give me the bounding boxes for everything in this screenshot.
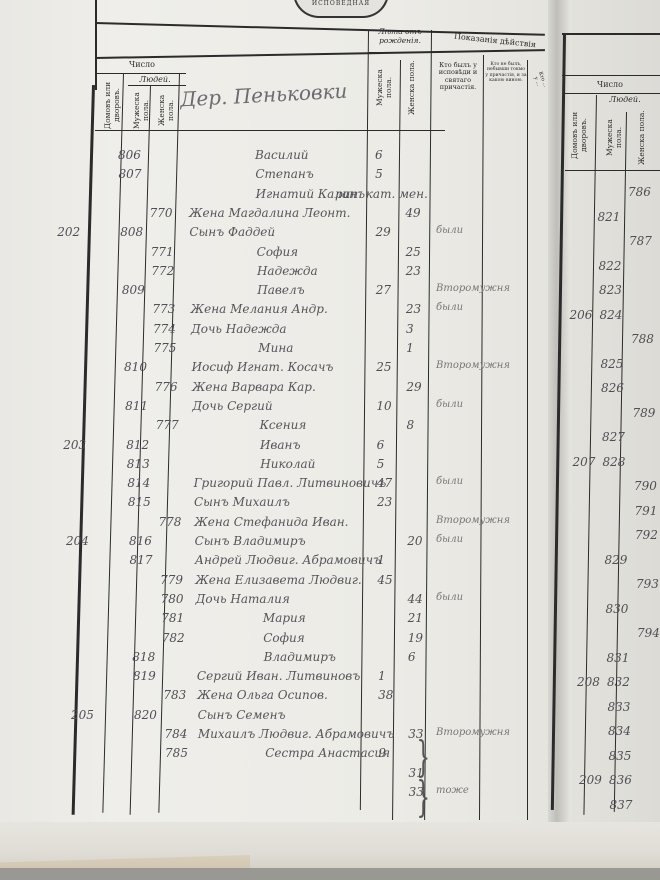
right-cell-m-no: 830 [606,602,629,616]
right-cell-dvor: 209 [579,773,602,787]
cell-name: Сынъ Семенъ [198,708,286,722]
cell-f-no: 772 [151,264,174,278]
cell-name: Сергий Иван. Литвиновъ [197,669,360,683]
right-cell-m-no: 828 [603,455,626,469]
right-header-zhen: Женска пола. [637,110,646,165]
right-cell-f-no: 788 [631,332,654,346]
cell-confession: Второмужня [436,360,510,371]
right-cell-m-no: 836 [609,773,632,787]
cell-name: Иосиф Игнат. Косачъ [192,360,334,374]
right-cell-f-no: 786 [628,185,651,199]
cell-f-no: 783 [163,688,186,702]
cell-f-no: 780 [161,592,184,606]
cell-age-m: 6 [375,148,383,162]
cell-dvor: 203 [63,438,86,452]
cell-m-no: 818 [132,650,155,664]
right-header-chislo: Число [585,80,635,89]
col-divider-confession [424,30,432,820]
cell-m-no: 816 [129,534,152,548]
right-top-rule [562,33,660,35]
right-cell-f-no: 787 [629,234,652,248]
cell-age-f: 8 [407,418,415,432]
right-cell-m-no: 826 [601,381,624,395]
cell-name: Сынъ Михаилъ [194,495,290,509]
cell-name: Степанъ [255,167,313,181]
cell-name: Николай [260,457,315,471]
cell-age-m: 47 [377,476,392,490]
right-cell-f-no: 791 [635,504,658,518]
cell-confession: были [436,476,463,487]
cell-f-no: 775 [154,341,177,355]
cell-name: Павелъ [257,283,304,297]
cell-f-no: 777 [156,418,179,432]
right-cell-m-no: 824 [600,308,623,322]
cell-dvor: 202 [57,225,80,239]
cell-age-m: 23 [377,495,392,509]
cell-name: Сынъ Владимиръ [195,534,306,548]
cell-age-f: 3 [406,322,414,336]
cell-age-f: 23 [406,302,421,316]
cell-name: Иванъ [260,438,301,452]
right-header-dvorov: Домовъ или дворовъ. [570,105,588,165]
header-leta-zhen: Женска пола. [407,60,416,115]
cell-dvor: 205 [71,708,94,722]
cell-age-f: 29 [406,380,421,394]
right-cell-m-no: 827 [602,430,625,444]
cell-name: Жена Магдалина Леонт. [189,206,350,220]
cell-name: Сестра Анастасия [265,746,390,760]
cell-f-no: 774 [153,322,176,336]
right-cell-m-no: 832 [607,675,630,689]
cell-f-no: 771 [151,245,174,259]
cell-age-m: 29 [375,225,390,239]
cell-name: Жена Мелания Андр. [191,302,328,316]
right-cell-m-no: 831 [607,651,630,665]
right-cell-f-no: 789 [633,406,656,420]
cell-f-no: 773 [152,302,175,316]
cell-age-m: 5 [375,167,383,181]
right-cell-dvor: 207 [573,455,596,469]
cell-confession: тоже [436,785,469,796]
col-divider-last [527,60,528,820]
cell-m-no: 812 [126,438,149,452]
cell-name: Андрей Людвиг. Абрамовичъ [195,553,381,567]
cell-name: Дочь Наталия [196,592,290,606]
right-cell-m-no: 823 [599,283,622,297]
cell-dvor: 204 [66,534,89,548]
cell-confession: Второмужня [436,727,510,738]
header-kto-ne-byl: Кто не былъ, небывши токмо у причастія, … [485,62,527,83]
cell-confession: были [436,534,463,545]
cell-name: Жена Елизавета Людвиг. [195,573,362,587]
cell-age-m: 25 [376,360,391,374]
cell-age-f: 21 [408,611,423,625]
cell-m-no: 808 [120,225,143,239]
cell-age-f: 1 [406,341,414,355]
cell-name: Ксения [260,418,307,432]
right-cell-dvor: 206 [570,308,593,322]
cell-name: Григорий Павл. Литвиновичъ [194,476,387,490]
header-rule [95,49,545,59]
cell-f-no: 776 [155,380,178,394]
cell-name: Жена Варвара Кар. [192,380,316,394]
cell-m-no: 814 [127,476,150,490]
cell-confession: были [436,302,463,313]
cell-age-m: 45 [377,573,392,587]
rule [96,73,186,74]
cell-name: Жена Ольга Осипов. [197,688,328,702]
cell-age-f: 20 [407,534,422,548]
col-divider-age-f [392,60,401,820]
col-divider-not-confession [479,55,484,820]
cell-confession: были [436,592,463,603]
rule [565,93,660,94]
right-header-lyudey: Людей. [600,95,650,104]
cell-age-m: 1 [377,553,385,567]
cell-age-m: 9 [378,746,386,760]
cell-f-no: 785 [165,746,188,760]
cell-name: Василий [255,148,309,162]
right-cell-m-no: 835 [609,749,632,763]
right-cell-m-no: 825 [601,357,624,371]
rule [369,52,431,53]
right-cell-dvor: 208 [577,675,600,689]
cell-name: Жена Стефанида Иван. [194,515,348,529]
cell-age-m: 1 [378,669,386,683]
header-kto-byl: Кто былъ у исповѣди и святаго причастія. [433,62,483,92]
cell-m-no: 817 [130,553,153,567]
cell-m-no: 811 [125,399,148,413]
right-cell-f-no: 793 [636,577,659,591]
cell-age-f: 49 [405,206,420,220]
rule [128,85,186,86]
right-cell-f-no: 790 [634,479,657,493]
rule [565,170,660,171]
right-cell-m-no: 822 [599,259,622,273]
right-cell-m-no: 837 [610,798,633,812]
cell-age-m: 38 [378,688,393,702]
cell-age-m: 5 [377,457,385,471]
cell-m-no: 807 [119,167,142,181]
right-header-rule [562,75,660,76]
cell-f-no: 778 [158,515,181,529]
col-divider-age [360,30,369,810]
village-heading: Дер. Пеньковки [179,79,347,112]
cell-age-f: 44 [408,592,423,606]
cell-name: Сынъ Фаддей [189,225,275,239]
header-chislo: Число [112,60,172,69]
right-cell-m-no: 833 [608,700,631,714]
ledger-page: ИСПОВЕДНАЯ Число Людей. Домовъ или дворо… [0,0,660,880]
col-divider-dvor [102,73,124,813]
cell-confession: Второмужня [436,515,510,526]
right-cell-f-no: 794 [637,626,660,640]
right-cell-m-no: 829 [605,553,628,567]
printed-emblem: ИСПОВЕДНАЯ [293,0,389,18]
header-leta-muzh: Мужеска пола. [375,60,393,115]
cell-m-no: 819 [133,669,156,683]
cell-name: София [257,245,298,259]
cell-confession: Второмужня [436,283,510,294]
cell-age-m: 6 [377,438,385,452]
cell-m-no: 815 [128,495,151,509]
cell-confession: были [436,225,463,236]
cell-age-m: 10 [376,399,391,413]
header-muzh: Мужеска пола. [132,88,150,133]
cell-m-no: 813 [127,457,150,471]
cell-f-no: 781 [161,611,184,625]
cell-f-no: 770 [150,206,173,220]
cell-f-no: 779 [160,573,183,587]
cell-name: Дочь Надежда [191,322,287,336]
right-cell-m-no: 834 [608,724,631,738]
cell-f-no: 782 [162,631,185,645]
header-dvorov: Домовъ или дворовъ. [103,80,121,130]
cell-age-m: 27 [376,283,391,297]
cell-name: Надежда [257,264,318,278]
right-cell-f-no: 792 [635,528,658,542]
cell-f-no: 784 [165,727,188,741]
right-cell-m-no: 821 [598,210,621,224]
left-border-top [95,0,97,90]
cell-name: Владимиръ [264,650,336,664]
cell-age-f: 19 [408,631,423,645]
table-surface [0,868,660,880]
cell-m-no: 809 [122,283,145,297]
cell-name: Мария [263,611,306,625]
cell-age-f: 23 [406,264,421,278]
header-zhen: Женска пола. [157,88,175,133]
cell-age-f: 25 [406,245,421,259]
cell-name: София [263,631,304,645]
cell-name: Дочь Сергий [192,399,272,413]
header-lyudey: Людей. [130,75,180,84]
header-leta: Лѣта отъ рожденія. [370,28,430,45]
cell-m-no: 820 [134,708,157,722]
brace-group-2: } [417,772,430,821]
cell-name: Михаилъ Людвиг. Абрамовичъ [198,727,394,741]
cell-note: рип. кат. мен. [335,187,428,201]
cell-m-no: 810 [124,360,147,374]
cell-age-f: 6 [408,650,416,664]
right-header-muzh: Мужеска пола. [605,110,623,165]
cell-confession: были [436,399,463,410]
header-partial-col: Кто ... у ... [530,69,548,92]
cell-m-no: 806 [118,148,141,162]
cell-name: Мина [258,341,293,355]
